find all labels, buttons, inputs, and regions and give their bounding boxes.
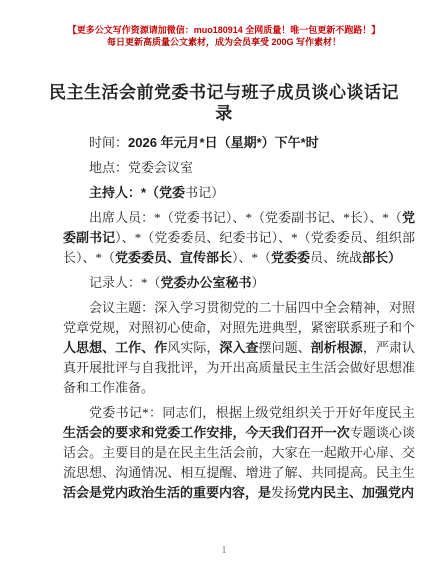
promo-line-2: 每日更新高质量公文素材，成为会员享受 200G 写作素材！	[0, 36, 448, 48]
text-run: 深入查	[219, 340, 258, 355]
paragraph-location-line: 地点：党委会议室	[63, 158, 415, 178]
text-run: 部长）	[362, 250, 401, 265]
text-run: 人思想、工作、作	[63, 340, 167, 355]
promo-banner: 【更多公文写作资源请加微信：muo180914 全网质量！唯一包更新不跑路！】 …	[0, 0, 448, 48]
text-run: 员、统战	[310, 250, 362, 265]
text-run: 地点：党委会议室	[89, 160, 193, 175]
text-run: 主持人：*（党委	[89, 185, 185, 200]
text-run: 党委委员、宣传部长	[115, 250, 232, 265]
text-run: ）	[252, 275, 265, 290]
text-run: 党内民主、加强党内	[297, 485, 414, 500]
text-run: 发扬	[271, 485, 297, 500]
text-run: 党委书记*：同志们，根据上级党组织关于开好年度民主	[89, 405, 415, 420]
text-run: 2026 年元月*日（星期*）下午*时	[128, 135, 319, 150]
paragraph-secretary-speech: 党委书记*：同志们，根据上级党组织关于开好年度民主生活会的要求和党委工作安排，今…	[63, 403, 415, 503]
text-run: 出席人员：*（党委书记）、*（党委副书记、*长）、*（	[89, 210, 402, 225]
paragraph-recorder-line: 记录人：*（党委办公室秘书）	[63, 273, 415, 293]
paragraph-host-line: 主持人：*（党委书记）	[63, 183, 415, 203]
document-body: 时间：2026 年元月*日（星期*）下午*时地点：党委会议室主持人：*（党委书记…	[0, 124, 448, 503]
text-run: 活会是党内政治生活的重要内容，是	[63, 485, 271, 500]
text-run: 书记）	[185, 185, 224, 200]
text-run: 党委办公室秘书	[161, 275, 252, 290]
text-run: ）、*（	[232, 250, 271, 265]
text-run: 风实际，	[167, 340, 219, 355]
paragraph-attendees-line: 出席人员：*（党委书记）、*（党委副书记、*长）、*（党委副书记）、*（党委委员…	[63, 208, 415, 268]
text-run: 会议主题：深入学习贯彻党的二十届四中全会精神，对照党章党规，对照初心使命，对照先…	[63, 300, 415, 335]
paragraph-time-line: 时间：2026 年元月*日（星期*）下午*时	[63, 133, 415, 153]
promo-line-1: 【更多公文写作资源请加微信：muo180914 全网质量！唯一包更新不跑路！】	[0, 24, 448, 36]
text-run: 记录人：*（	[89, 275, 161, 290]
page-number: 1	[222, 545, 227, 556]
text-run: 党委委	[271, 250, 310, 265]
text-run: 时间：	[89, 135, 128, 150]
paragraph-meeting-topic: 会议主题：深入学习贯彻党的二十届四中全会精神，对照党章党规，对照初心使命，对照先…	[63, 298, 415, 398]
document-page: 【更多公文写作资源请加微信：muo180914 全网质量！唯一包更新不跑路！】 …	[0, 0, 448, 580]
text-run: 摆问题、	[259, 340, 311, 355]
text-run: 生活会的要求和党委工作安排，今天我们召开一次	[63, 425, 350, 440]
text-run: 剖析根源	[311, 340, 363, 355]
document-title: 民主生活会前党委书记与班子成员谈心谈话记录	[0, 82, 448, 124]
page-footer: 1	[0, 545, 448, 556]
